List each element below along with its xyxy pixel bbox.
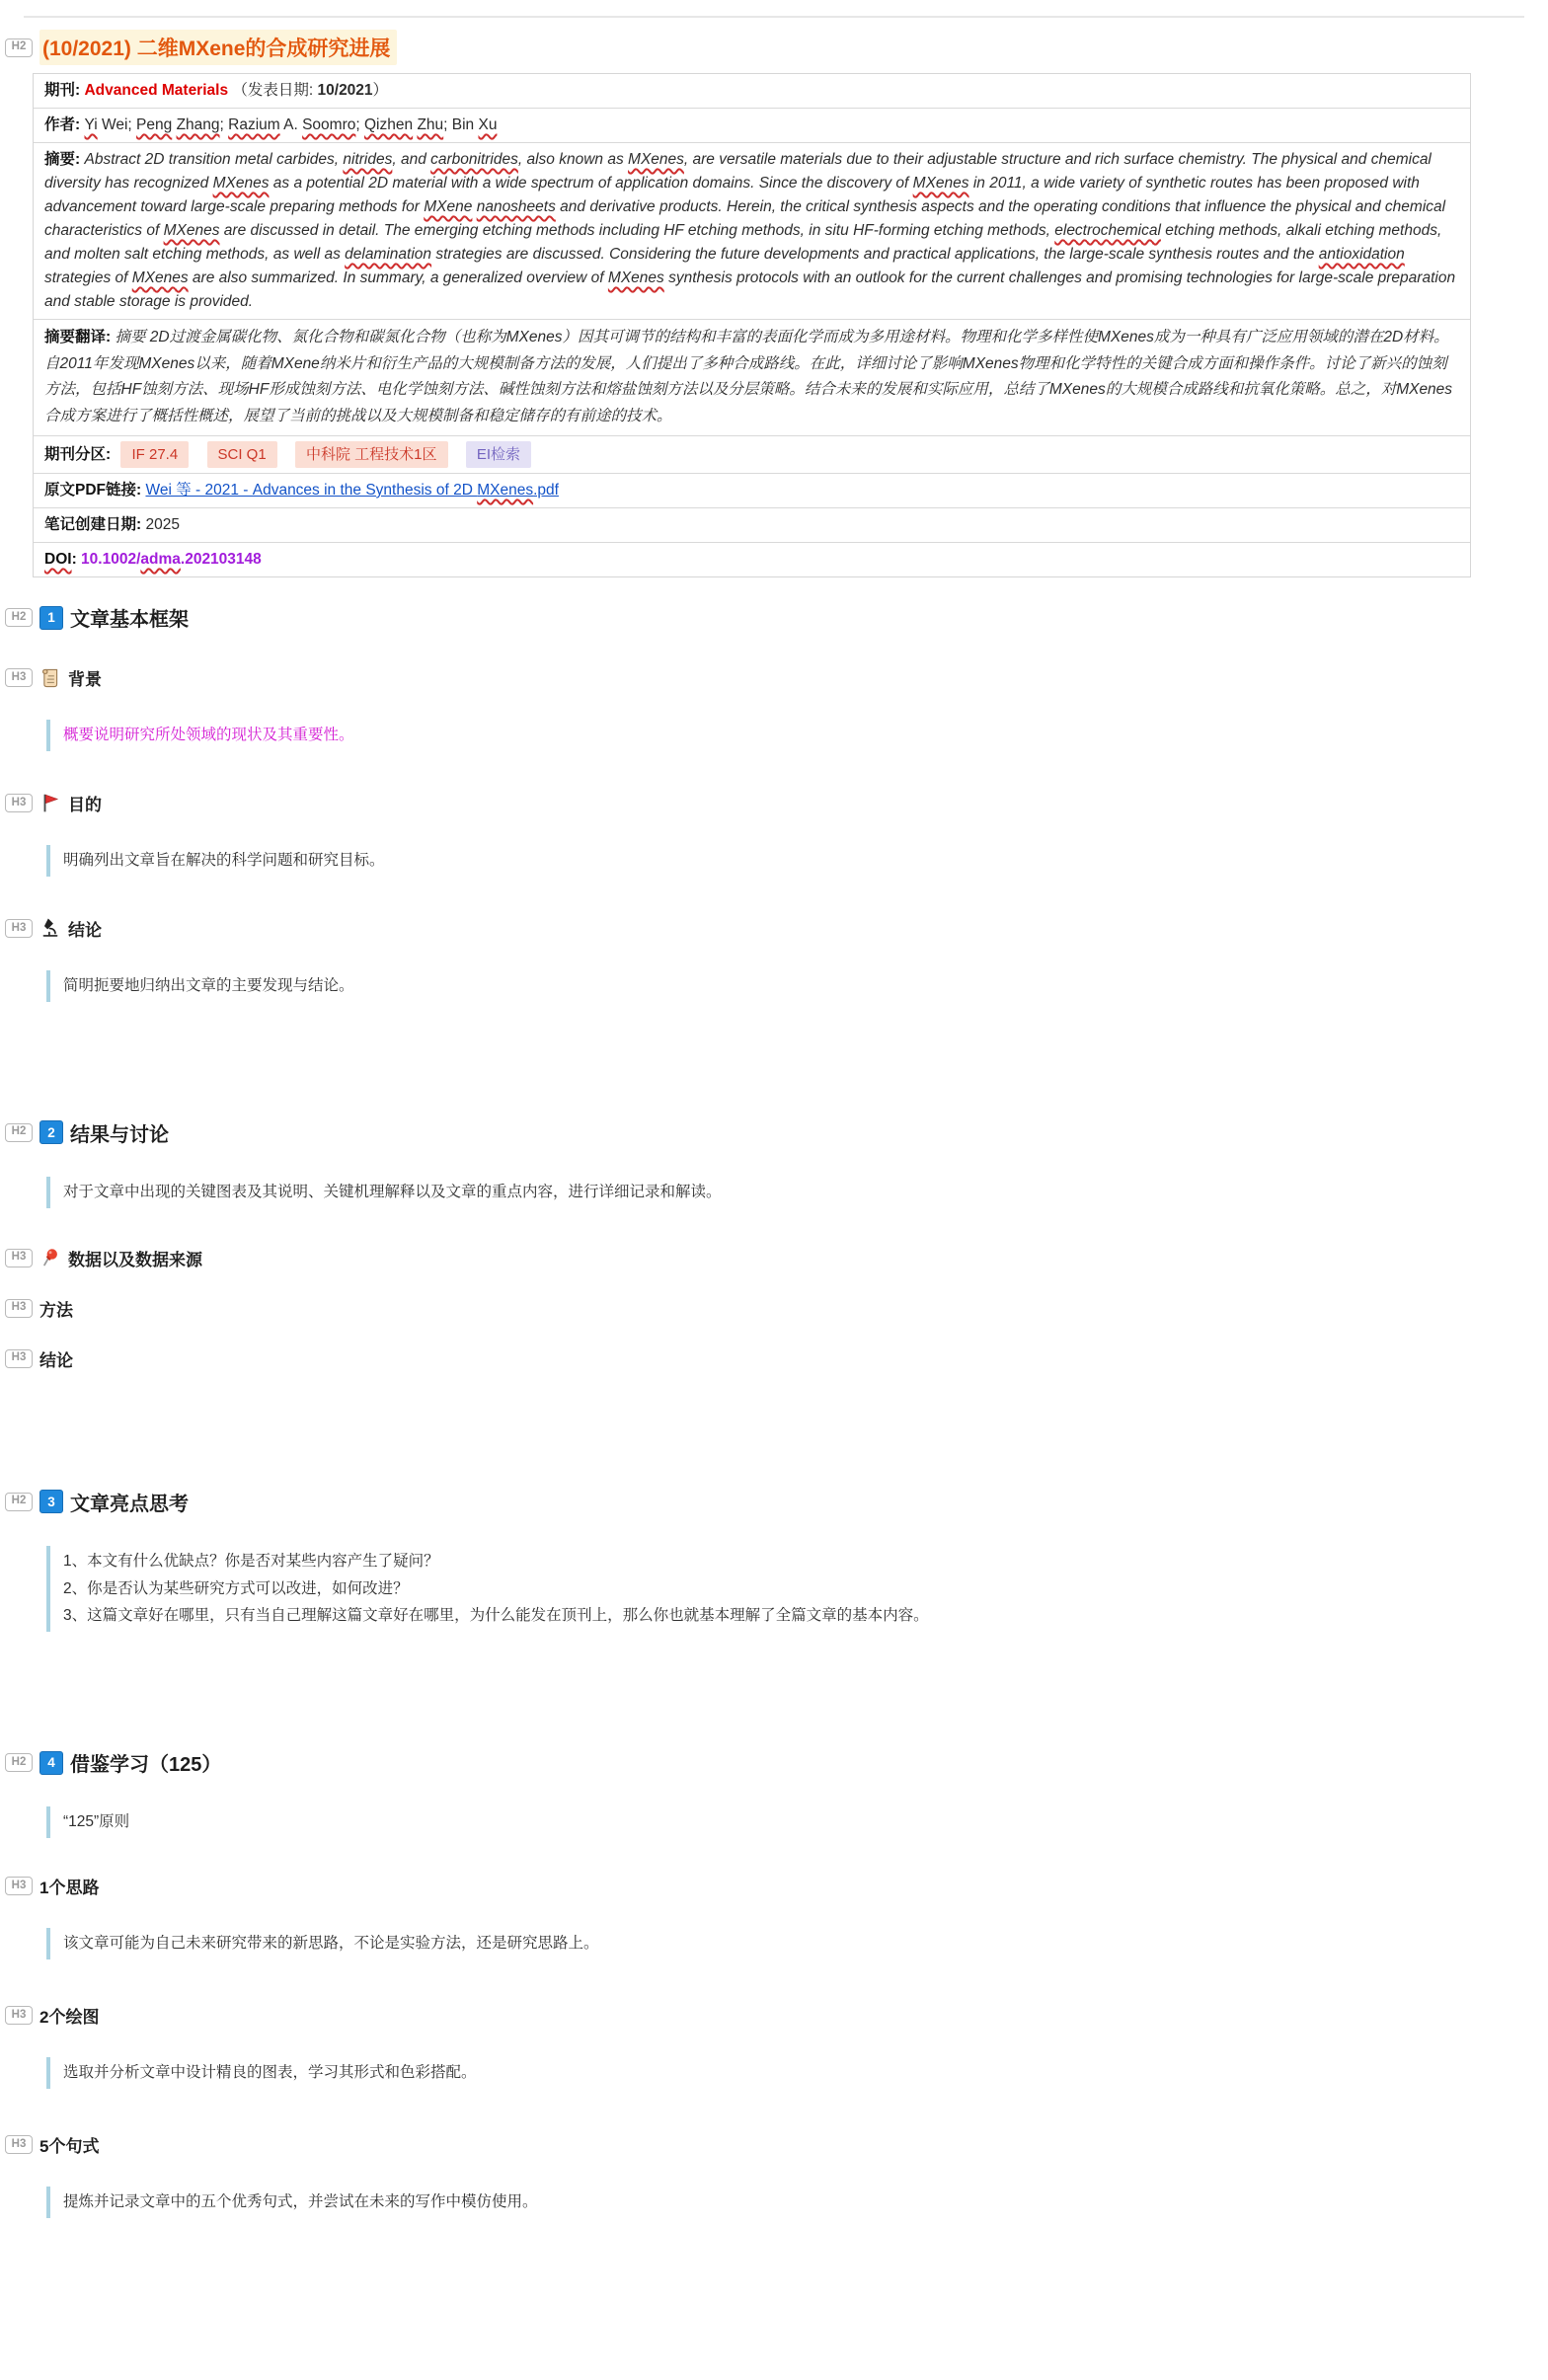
microscope-icon (39, 917, 61, 939)
quote-text: “125”原则 (63, 1808, 1548, 1836)
section-title: 文章基本框架 (70, 603, 189, 632)
pushpin-icon (39, 1247, 61, 1268)
pdf-file-link[interactable]: Wei 等 - 2021 - Advances in the Synthesis… (145, 482, 558, 499)
quote-text: 提炼并记录文章中的五个优秀句式，并尝试在未来的写作中模仿使用。 (63, 2188, 1548, 2216)
h3-marker: H3 (5, 668, 33, 687)
quote-text: 概要说明研究所处领域的现状及其重要性。 (63, 722, 1548, 749)
sci-quartile-badge: SCI Q1 (207, 441, 277, 468)
highlights-note-quote: 1、本文有什么优缺点？你是否对某些内容产生了疑问？ 2、你是否认为某些研究方式可… (46, 1546, 1548, 1633)
section-title: 2个绘图 (39, 2003, 99, 2028)
pub-date-prefix: （发表日期: (232, 82, 317, 99)
quote-text: 选取并分析文章中设计精良的图表，学习其形式和色彩搭配。 (63, 2059, 1548, 2087)
section-title: 方法 (39, 1296, 73, 1321)
h2-marker: H2 (5, 1753, 33, 1772)
conclusion-heading: H3 结论 (5, 916, 1548, 941)
sentences-heading: H3 5个句式 (5, 2132, 1548, 2157)
paper-metadata-table: 期刊: Advanced Materials （发表日期: 10/2021） 作… (33, 73, 1471, 577)
results-note-quote: 对于文章中出现的关键图表及其说明、关键机理解释以及文章的重点内容，进行详细记录和… (46, 1177, 1548, 1208)
note-date-row: 笔记创建日期: 2025 (34, 507, 1470, 542)
learning-heading: H2 4 借鉴学习（125） (5, 1748, 1548, 1777)
drawing-note-quote: 选取并分析文章中设计精良的图表，学习其形式和色彩搭配。 (46, 2057, 1548, 2089)
results-heading: H2 2 结果与讨论 (5, 1118, 1548, 1147)
journal-label: 期刊: (44, 82, 80, 99)
method-heading: H3 方法 (5, 1296, 1548, 1321)
section-title: 5个句式 (39, 2132, 99, 2157)
h2-marker: H2 (5, 608, 33, 627)
top-divider (24, 16, 1524, 18)
scroll-icon (39, 667, 61, 689)
section-title: 数据以及数据来源 (68, 1246, 202, 1270)
quote-text: 3、这篇文章好在哪里，只有当自己理解这篇文章好在哪里，为什么能发在顶刊上，那么你… (63, 1602, 1548, 1630)
idea-note-quote: 该文章可能为自己未来研究带来的新思路，不论是实验方法，还是研究思路上。 (46, 1928, 1548, 1959)
idea-heading: H3 1个思路 (5, 1874, 1548, 1898)
h3-marker: H3 (5, 1349, 33, 1368)
h3-marker: H3 (5, 919, 33, 938)
section-title: 1个思路 (39, 1874, 99, 1898)
section-number-badge: 2 (39, 1120, 63, 1144)
quote-text: 该文章可能为自己未来研究带来的新思路，不论是实验方法，还是研究思路上。 (63, 1930, 1548, 1958)
h3-marker: H3 (5, 1249, 33, 1267)
abstract-translation-row: 摘要翻译: 摘要 2D过渡金属碳化物、氮化合物和碳氮化合物（也称为MXenes）… (34, 319, 1470, 435)
quote-text: 1、本文有什么优缺点？你是否对某些内容产生了疑问？ (63, 1548, 1548, 1575)
quote-text: 明确列出文章旨在解决的科学问题和研究目标。 (63, 847, 1548, 875)
section-title: 借鉴学习（125） (70, 1748, 221, 1777)
quote-text: 2、你是否认为某些研究方式可以改进，如何改进？ (63, 1575, 1548, 1603)
background-heading: H3 背景 (5, 665, 1548, 690)
purpose-heading: H3 目的 (5, 791, 1548, 815)
h3-marker: H3 (5, 794, 33, 812)
journal-row: 期刊: Advanced Materials （发表日期: 10/2021） (34, 74, 1470, 108)
section-title: 文章亮点思考 (70, 1488, 189, 1516)
drawing-heading: H3 2个绘图 (5, 2003, 1548, 2028)
section-title: 结论 (39, 1346, 73, 1371)
doi-link[interactable]: 10.1002/adma.202103148 (81, 551, 262, 568)
partition-label: 期刊分区: (44, 446, 111, 463)
title-row: H2 (10/2021) 二维MXene的合成研究进展 (5, 30, 1548, 65)
section-number-badge: 1 (39, 606, 63, 630)
note-date-value: 2025 (145, 516, 179, 533)
section-frame-heading: H2 1 文章基本框架 (5, 603, 1548, 632)
section-title: 背景 (68, 665, 102, 690)
ei-index-badge: EI检索 (466, 441, 531, 468)
pdf-link-row: 原文PDF链接: Wei 等 - 2021 - Advances in the … (34, 473, 1470, 507)
h3-marker: H3 (5, 2006, 33, 2025)
impact-factor-badge: IF 27.4 (120, 441, 189, 468)
section-number-badge: 3 (39, 1490, 63, 1513)
abstract-row: 摘要: Abstract 2D transition metal carbide… (34, 142, 1470, 319)
abstract-text: Abstract 2D transition metal carbides, n… (44, 151, 1455, 310)
section-number-badge: 4 (39, 1751, 63, 1775)
authors-label: 作者: (44, 116, 80, 133)
section-title: 目的 (68, 791, 102, 815)
abstract-translation-text: 摘要 2D过渡金属碳化物、氮化合物和碳氮化合物（也称为MXenes）因其可调节的… (44, 329, 1452, 424)
cas-partition-badge: 中科院 工程技术1区 (295, 441, 448, 468)
journal-name: Advanced Materials (84, 82, 228, 99)
sentences-note-quote: 提炼并记录文章中的五个优秀句式，并尝试在未来的写作中模仿使用。 (46, 2187, 1548, 2218)
h2-marker: H2 (5, 38, 33, 57)
doi-row: DOI: 10.1002/adma.202103148 (34, 542, 1470, 576)
pub-date-suffix: ） (373, 82, 389, 99)
h2-marker: H2 (5, 1123, 33, 1142)
h2-marker: H2 (5, 1493, 33, 1511)
background-note-quote: 概要说明研究所处领域的现状及其重要性。 (46, 720, 1548, 751)
page-title: (10/2021) 二维MXene的合成研究进展 (39, 30, 397, 65)
h3-marker: H3 (5, 2135, 33, 2154)
doi-label: DOI: (44, 551, 77, 568)
section-title: 结果与讨论 (70, 1118, 169, 1147)
abstract-translation-label: 摘要翻译: (44, 329, 111, 345)
conclusion2-heading: H3 结论 (5, 1346, 1548, 1371)
h3-marker: H3 (5, 1299, 33, 1318)
highlights-heading: H2 3 文章亮点思考 (5, 1488, 1548, 1516)
pub-date: 10/2021 (318, 82, 373, 99)
conclusion-note-quote: 简明扼要地归纳出文章的主要发现与结论。 (46, 970, 1548, 1002)
purpose-note-quote: 明确列出文章旨在解决的科学问题和研究目标。 (46, 845, 1548, 877)
data-source-heading: H3 数据以及数据来源 (5, 1246, 1548, 1270)
quote-text: 对于文章中出现的关键图表及其说明、关键机理解释以及文章的重点内容，进行详细记录和… (63, 1179, 1548, 1206)
section-title: 结论 (68, 916, 102, 941)
learning-note-quote: “125”原则 (46, 1806, 1548, 1838)
authors-row: 作者: Yi Wei; Peng Zhang; Razium A. Soomro… (34, 108, 1470, 142)
quote-text: 简明扼要地归纳出文章的主要发现与结论。 (63, 972, 1548, 1000)
abstract-label: 摘要: (44, 151, 80, 168)
pdf-link-label: 原文PDF链接: (44, 482, 141, 499)
flag-icon (39, 792, 61, 813)
note-date-label: 笔记创建日期: (44, 516, 141, 533)
authors-value: Yi Wei; Peng Zhang; Razium A. Soomro; Qi… (84, 116, 497, 133)
h3-marker: H3 (5, 1877, 33, 1895)
journal-partition-row: 期刊分区: IF 27.4 SCI Q1 中科院 工程技术1区 EI检索 (34, 435, 1470, 473)
